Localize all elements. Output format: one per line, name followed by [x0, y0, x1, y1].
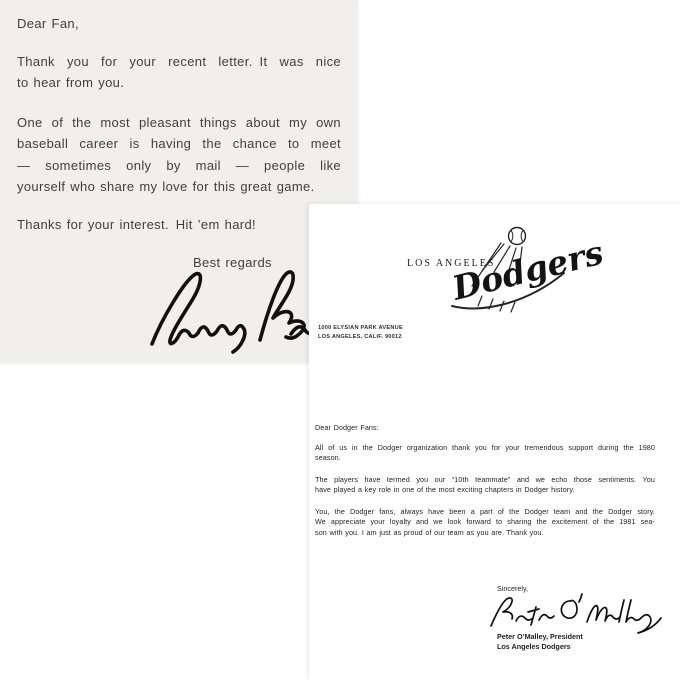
bench-letter-paper: Dear Fan, Thank you for your recent lett…	[0, 0, 358, 363]
baseball-icon	[509, 228, 526, 245]
dodgers-paragraph-3: You, the Dodger fans, always have been a…	[315, 507, 655, 538]
bench-paragraph-3: Thanks for your interest. Hit ’em hard!	[17, 214, 341, 235]
signer-typed-org: Los Angeles Dodgers	[497, 642, 571, 652]
bench-salutation: Dear Fan,	[17, 13, 341, 34]
letter-line: to hear from you.	[17, 72, 341, 93]
dodgers-letter-paper: LOS ANGELES Dodgers 1000 ELYSIAN PARK AV…	[309, 204, 683, 680]
letter-line: son with you. I am just as proud of our …	[315, 528, 655, 538]
letterhead-address-line2: LOS ANGELES, CALIF. 90012	[318, 333, 402, 342]
letter-line: The players have termed you our “10th te…	[315, 475, 655, 485]
letterhead-address-line1: 1000 ELYSIAN PARK AVENUE	[318, 324, 403, 333]
dodgers-salutation: Dear Dodger Fans:	[315, 423, 655, 433]
scanned-letters-page: Dear Fan, Thank you for your recent lett…	[0, 0, 683, 680]
signer-typed-name: Peter O’Malley, President	[497, 632, 583, 642]
letter-line: One of the most pleasant things about my…	[17, 112, 341, 133]
letter-line: have played a key role in one of the mos…	[315, 485, 655, 495]
dodgers-paragraph-2: The players have termed you our “10th te…	[315, 475, 655, 496]
letter-line: Thank you for your recent letter. It was…	[17, 51, 341, 72]
letter-line: — sometimes only by mail — people like	[17, 155, 341, 176]
bench-paragraph-1: Thank you for your recent letter. It was…	[17, 51, 341, 94]
letter-line: All of us in the Dodger organization tha…	[315, 443, 655, 453]
letter-line: We appreciate your loyalty and we look f…	[315, 517, 655, 527]
bench-paragraph-2: One of the most pleasant things about my…	[17, 112, 341, 198]
dodgers-logo: LOS ANGELES Dodgers	[394, 210, 579, 325]
letter-line: baseball career is having the chance to …	[17, 133, 341, 154]
letter-line: yourself who share my love for this grea…	[17, 176, 341, 197]
dodgers-paragraph-1: All of us in the Dodger organization tha…	[315, 443, 655, 464]
letter-line: season.	[315, 453, 655, 463]
letter-line: Thanks for your interest. Hit ’em hard!	[17, 214, 341, 235]
letter-line: You, the Dodger fans, always have been a…	[315, 507, 655, 517]
